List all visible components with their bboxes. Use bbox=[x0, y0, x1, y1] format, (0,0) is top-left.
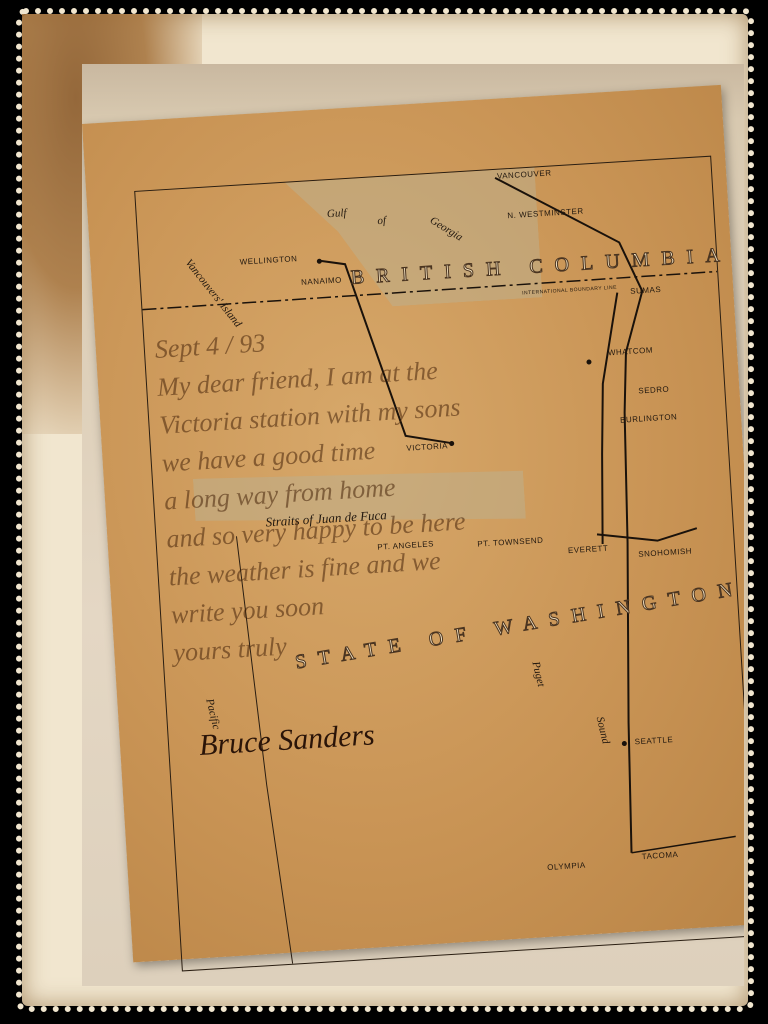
of-label: of bbox=[377, 215, 386, 228]
photo: Gulf of Georgia Vancouvers' Island WELLI… bbox=[82, 64, 744, 986]
photo-frame: Gulf of Georgia Vancouvers' Island WELLI… bbox=[22, 14, 748, 1006]
map-paper: Gulf of Georgia Vancouvers' Island WELLI… bbox=[82, 85, 744, 963]
handwritten-letter: Sept 4 / 93 My dear friend, I am at the … bbox=[154, 313, 476, 673]
gulf-label: Gulf bbox=[327, 207, 347, 220]
place-sedro: SEDRO bbox=[638, 385, 669, 396]
map: Gulf of Georgia Vancouvers' Island WELLI… bbox=[134, 156, 744, 972]
place-sumas: SUMAS bbox=[630, 285, 661, 296]
